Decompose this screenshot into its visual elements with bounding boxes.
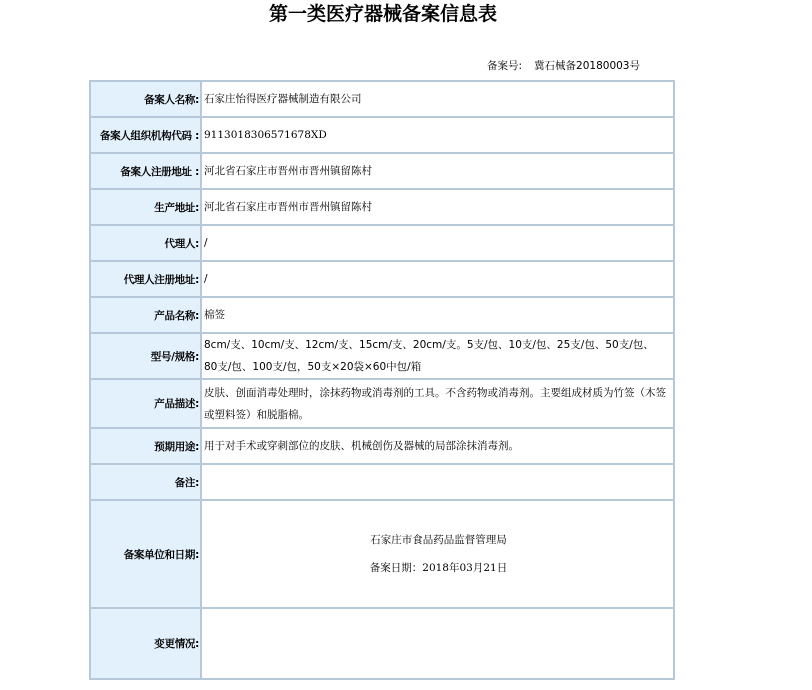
table-row: 预期用途: 用于对手术或穿刺部位的皮肤、机械创伤及器械的局部涂抹消毒剂。 — [90, 428, 674, 464]
value-registrant-name: 石家庄怡得医疗器械制造有限公司 — [201, 81, 674, 117]
label-registered-address: 备案人注册地址 : — [90, 153, 201, 189]
label-filing-unit-date: 备案单位和日期: — [90, 500, 201, 608]
label-production-address: 生产地址: — [90, 189, 201, 225]
table-row: 变更情况: — [90, 608, 674, 679]
value-change-history — [201, 608, 674, 679]
record-page: 第一类医疗器械备案信息表 备案号:冀石械备20180003号 备案人名称: 石家… — [0, 0, 812, 690]
value-remarks — [201, 464, 674, 500]
filing-date: 备案日期：2018年03月21日 — [204, 554, 673, 582]
label-product-description: 产品描述: — [90, 379, 201, 428]
label-registrant-name: 备案人名称: — [90, 81, 201, 117]
table-row: 备案人组织机构代码 : 911301830657167​8XD — [90, 117, 674, 153]
filing-unit: 石家庄市食品药品监督管理局 — [204, 526, 673, 554]
label-agent-address: 代理人注册地址: — [90, 261, 201, 297]
table-row: 备案人注册地址 : 河北省石家庄市晋州市晋州镇留陈村 — [90, 153, 674, 189]
value-agent: / — [201, 225, 674, 261]
value-product-name: 棉签 — [201, 297, 674, 333]
value-intended-use: 用于对手术或穿刺部位的皮肤、机械创伤及器械的局部涂抹消毒剂。 — [201, 428, 674, 464]
label-org-code: 备案人组织机构代码 : — [90, 117, 201, 153]
label-agent: 代理人: — [90, 225, 201, 261]
table-row: 代理人: / — [90, 225, 674, 261]
value-product-description: 皮肤、创面消毒处理时，涂抹药物或消毒剂的工具。不含药物或消毒剂。主要组成材质为竹… — [201, 379, 674, 428]
table-row: 型号/规格: 8cm/支、10cm/支、12cm/支、15cm/支、20cm/支… — [90, 333, 674, 379]
table-row: 产品名称: 棉签 — [90, 297, 674, 333]
record-number: 备案号:冀石械备20180003号 — [487, 59, 640, 73]
page-title: 第一类医疗器械备案信息表 — [0, 2, 766, 26]
table-row: 生产地址: 河北省石家庄市晋州市晋州镇留陈村 — [90, 189, 674, 225]
record-number-label: 备案号: — [487, 60, 522, 72]
record-number-value: 冀石械备20180003号 — [534, 60, 640, 72]
label-model-spec: 型号/规格: — [90, 333, 201, 379]
table-row: 备案单位和日期: 石家庄市食品药品监督管理局 备案日期：2018年03月21日 — [90, 500, 674, 608]
table-row: 产品描述: 皮肤、创面消毒处理时，涂抹药物或消毒剂的工具。不含药物或消毒剂。主要… — [90, 379, 674, 428]
table-row: 备案人名称: 石家庄怡得医疗器械制造有限公司 — [90, 81, 674, 117]
table-row: 代理人注册地址: / — [90, 261, 674, 297]
label-product-name: 产品名称: — [90, 297, 201, 333]
value-org-code: 911301830657167​8XD — [201, 117, 674, 153]
value-production-address: 河北省石家庄市晋州市晋州镇留陈村 — [201, 189, 674, 225]
value-agent-address: / — [201, 261, 674, 297]
value-registered-address: 河北省石家庄市晋州市晋州镇留陈村 — [201, 153, 674, 189]
table-row: 备注: — [90, 464, 674, 500]
info-table: 备案人名称: 石家庄怡得医疗器械制造有限公司 备案人组织机构代码 : 91130… — [89, 80, 675, 680]
label-change-history: 变更情况: — [90, 608, 201, 679]
value-filing-unit-date: 石家庄市食品药品监督管理局 备案日期：2018年03月21日 — [201, 500, 674, 608]
label-remarks: 备注: — [90, 464, 201, 500]
label-intended-use: 预期用途: — [90, 428, 201, 464]
value-model-spec: 8cm/支、10cm/支、12cm/支、15cm/支、20cm/支。5支/包、1… — [201, 333, 674, 379]
